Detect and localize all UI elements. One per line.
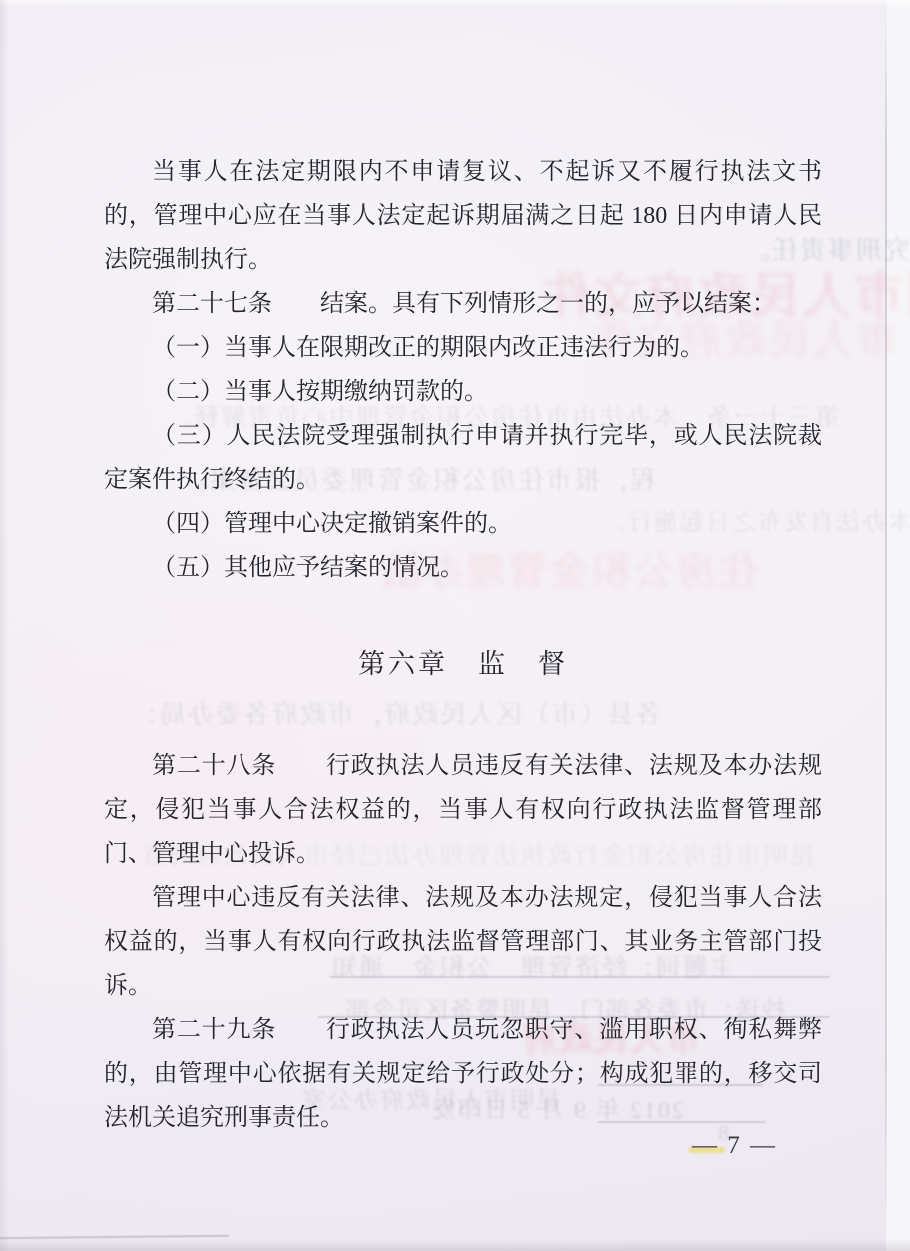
page-footer: — 7 —: [692, 1132, 777, 1160]
paragraph: 第二十八条 行政执法人员违反有关法律、法规及本办法规定，侵犯当事人合法权益的，当…: [104, 744, 822, 876]
list-item: （二）当事人按期缴纳罚款的。: [104, 370, 822, 414]
paragraph: 管理中心违反有关法律、法规及本办法规定，侵犯当事人合法权益的，当事人有权向行政执…: [104, 876, 822, 1008]
paragraph: 第二十七条 结案。具有下列情形之一的，应予以结案：: [104, 282, 822, 326]
list-item: （三）人民法院受理强制执行申请并执行完毕，或人民法院裁定案件执行终结的。: [104, 414, 822, 502]
list-item: （四）管理中心决定撤销案件的。: [104, 502, 822, 546]
list-item: （五）其他应予结案的情况。: [104, 546, 822, 590]
scanned-page: 法追究刑事责任。昆明市人民政府文件市人民政府文件第三十一条 本办法由市住房公积金…: [0, 0, 910, 1251]
chapter-heading: 第六章 监 督: [104, 642, 822, 686]
document-body: 当事人在法定期限内不申请复议、不起诉又不履行执法文书的，管理中心应在当事人法定起…: [104, 150, 822, 1140]
page-number: — 7 —: [692, 1132, 777, 1159]
paragraph: 当事人在法定期限内不申请复议、不起诉又不履行执法文书的，管理中心应在当事人法定起…: [104, 150, 822, 282]
list-item: （一）当事人在限期改正的期限内改正违法行为的。: [104, 326, 822, 370]
paragraph: 第二十九条 行政执法人员玩忽职守、滥用职权、徇私舞弊的，由管理中心依据有关规定给…: [104, 1008, 822, 1140]
